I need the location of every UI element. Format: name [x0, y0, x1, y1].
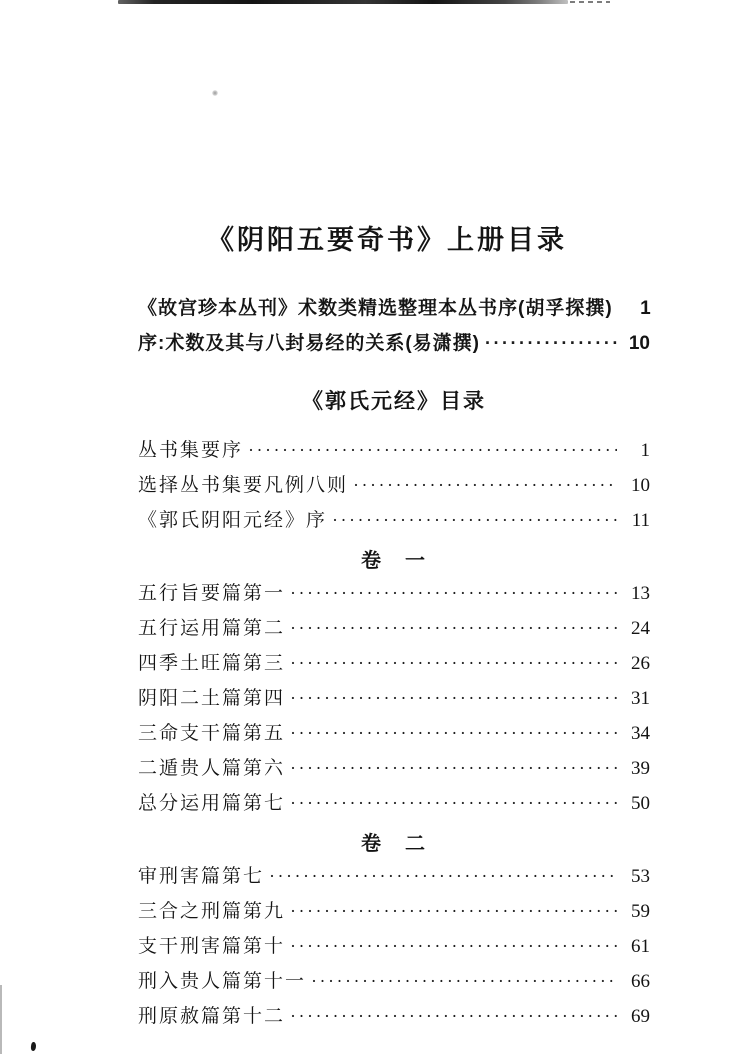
toc-entry-label: 五行运用篇第二: [138, 612, 285, 646]
toc-entry-label: 序:术数及其与八封易经的关系(易潇撰): [138, 326, 480, 361]
page-title: 《阴阳五要奇书》上册目录: [124, 218, 650, 257]
volume-section: 卷 二 审刑害篇第七 ·····························…: [138, 827, 650, 1034]
toc-row: 《故宫珍本丛刊》术数类精选整理本丛书序(胡孚探撰) ··············…: [138, 291, 650, 326]
page-number: 10: [624, 326, 650, 361]
toc-row: 刑原赦篇第十二 ································…: [138, 999, 650, 1034]
page-number: 24: [624, 612, 650, 646]
toc-entry-label: 选择丛书集要凡例八则: [138, 469, 348, 503]
page-number: 66: [624, 965, 650, 999]
toc-entry-label: 总分运用篇第七: [138, 787, 285, 821]
dot-leader: ········································…: [485, 326, 617, 361]
toc-row: 总分运用篇第七 ································…: [138, 786, 650, 821]
page-number: 50: [624, 787, 650, 821]
dot-leader: ········································…: [332, 503, 617, 537]
dot-leader: ········································…: [290, 999, 617, 1033]
toc-entry-label: 阴阳二土篇第四: [138, 682, 285, 716]
toc-entry-label: 审刑害篇第七: [138, 860, 264, 894]
page-number: 11: [624, 504, 650, 538]
toc-entry-label: 刑入贵人篇第十一: [138, 965, 306, 999]
toc-entry-label: 三命支干篇第五: [138, 717, 285, 751]
section-entry-list: 丛书集要序 ··································…: [138, 433, 650, 538]
section-title: 《郭氏元经》目录: [138, 385, 650, 415]
page-number: 31: [624, 682, 650, 716]
page-number: 53: [624, 860, 650, 894]
toc-row: 刑入贵人篇第十一 ·······························…: [138, 964, 650, 999]
page-number: 1: [625, 291, 651, 326]
toc-entry-label: 三合之刑篇第九: [138, 895, 285, 929]
page-number: 13: [624, 577, 650, 611]
dot-leader: ········································…: [311, 964, 617, 998]
toc-row: 阴阳二土篇第四 ································…: [138, 681, 650, 716]
volume-section: 卷 一 五行旨要篇第一 ····························…: [138, 544, 650, 821]
toc-entry-label: 《故宫珍本丛刊》术数类精选整理本丛书序(胡孚探撰): [138, 291, 613, 326]
toc-row: 二遁贵人篇第六 ································…: [138, 751, 650, 786]
toc-row: 三命支干篇第五 ································…: [138, 716, 650, 751]
toc-entry-label: 四季土旺篇第三: [138, 647, 285, 681]
dot-leader: ········································…: [290, 751, 617, 785]
page-number: 61: [624, 930, 650, 964]
dot-leader: ········································…: [248, 433, 617, 467]
scan-artifact-top-streak: [118, 0, 568, 4]
toc-row: 审刑害篇第七 ·································…: [138, 859, 650, 894]
toc-row: 序:术数及其与八封易经的关系(易潇撰) ····················…: [138, 326, 650, 361]
volume-title: 卷 一: [138, 544, 650, 573]
scan-artifact-speck: [212, 90, 218, 96]
toc-row: 五行旨要篇第一 ································…: [138, 576, 650, 611]
volume-entry-list: 审刑害篇第七 ·································…: [138, 859, 650, 1034]
toc-entry-label: 五行旨要篇第一: [138, 577, 285, 611]
toc-entry-label: 支干刑害篇第十: [138, 930, 285, 964]
scan-artifact-top-dashes: [570, 1, 610, 3]
dot-leader: ········································…: [353, 468, 617, 502]
page-number: 34: [624, 717, 650, 751]
volume-list: 卷 一 五行旨要篇第一 ····························…: [138, 544, 650, 1034]
volume-title: 卷 二: [138, 827, 650, 856]
front-matter-list: 《故宫珍本丛刊》术数类精选整理本丛书序(胡孚探撰) ··············…: [138, 291, 650, 361]
page-number: 1: [624, 434, 650, 468]
toc-page: 《阴阳五要奇书》上册目录 《故宫珍本丛刊》术数类精选整理本丛书序(胡孚探撰) ·…: [138, 218, 650, 1034]
toc-entry-label: 丛书集要序: [138, 434, 243, 468]
page-number: 26: [624, 647, 650, 681]
toc-row: 四季土旺篇第三 ································…: [138, 646, 650, 681]
page-number: 69: [624, 1000, 650, 1034]
toc-row: 《郭氏阴阳元经》序 ······························…: [138, 503, 650, 538]
toc-row: 选择丛书集要凡例八则 ·····························…: [138, 468, 650, 503]
page-number: 39: [624, 752, 650, 786]
volume-entry-list: 五行旨要篇第一 ································…: [138, 576, 650, 821]
scan-artifact-left-edge: [0, 985, 2, 1054]
toc-entry-label: 二遁贵人篇第六: [138, 752, 285, 786]
dot-leader: ········································…: [269, 859, 617, 893]
dot-leader: ········································…: [290, 894, 617, 928]
toc-entry-label: 《郭氏阴阳元经》序: [138, 504, 327, 538]
toc-entry-label: 刑原赦篇第十二: [138, 1000, 285, 1034]
dot-leader: ········································…: [290, 646, 617, 680]
page-number: 10: [624, 469, 650, 503]
toc-row: 五行运用篇第二 ································…: [138, 611, 650, 646]
dot-leader: ········································…: [290, 786, 617, 820]
dot-leader: ········································…: [290, 716, 617, 750]
toc-row: 丛书集要序 ··································…: [138, 433, 650, 468]
page-number: 59: [624, 895, 650, 929]
toc-row: 三合之刑篇第九 ································…: [138, 894, 650, 929]
dot-leader: ········································…: [290, 929, 617, 963]
scan-artifact-ink-dot: [30, 1042, 36, 1052]
toc-row: 支干刑害篇第十 ································…: [138, 929, 650, 964]
dot-leader: ········································…: [290, 681, 617, 715]
dot-leader: ········································…: [290, 576, 617, 610]
dot-leader: ········································…: [290, 611, 617, 645]
